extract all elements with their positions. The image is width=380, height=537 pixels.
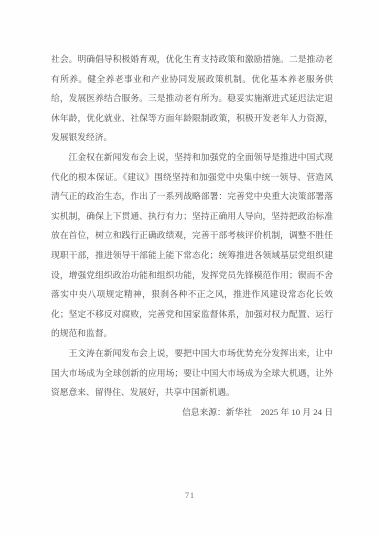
page-number: 71 xyxy=(0,491,380,500)
page-body-text: 社会。明确倡导积极婚育观，优化生育支持政策和激励措施。二是推动老有所养。健全养老… xyxy=(51,50,333,422)
document-page: 社会。明确倡导积极婚育观，优化生育支持政策和激励措施。二是推动老有所养。健全养老… xyxy=(0,0,380,537)
paragraph-wang-wentao-remarks: 王文涛在新闻发布会上说，要把中国大市场优势充分发挥出来，让中国大市场成为全球创新… xyxy=(51,344,333,403)
source-attribution: 信息来源：新华社 2025 年 10 月 24 日 xyxy=(51,403,333,423)
paragraph-continuation: 社会。明确倡导积极婚育观，优化生育支持政策和激励措施。二是推动老有所养。健全养老… xyxy=(51,50,333,148)
paragraph-jiang-jinquan-remarks: 江金权在新闻发布会上说，坚持和加强党的全面领导是推进中国式现代化的根本保证。《建… xyxy=(51,148,333,344)
